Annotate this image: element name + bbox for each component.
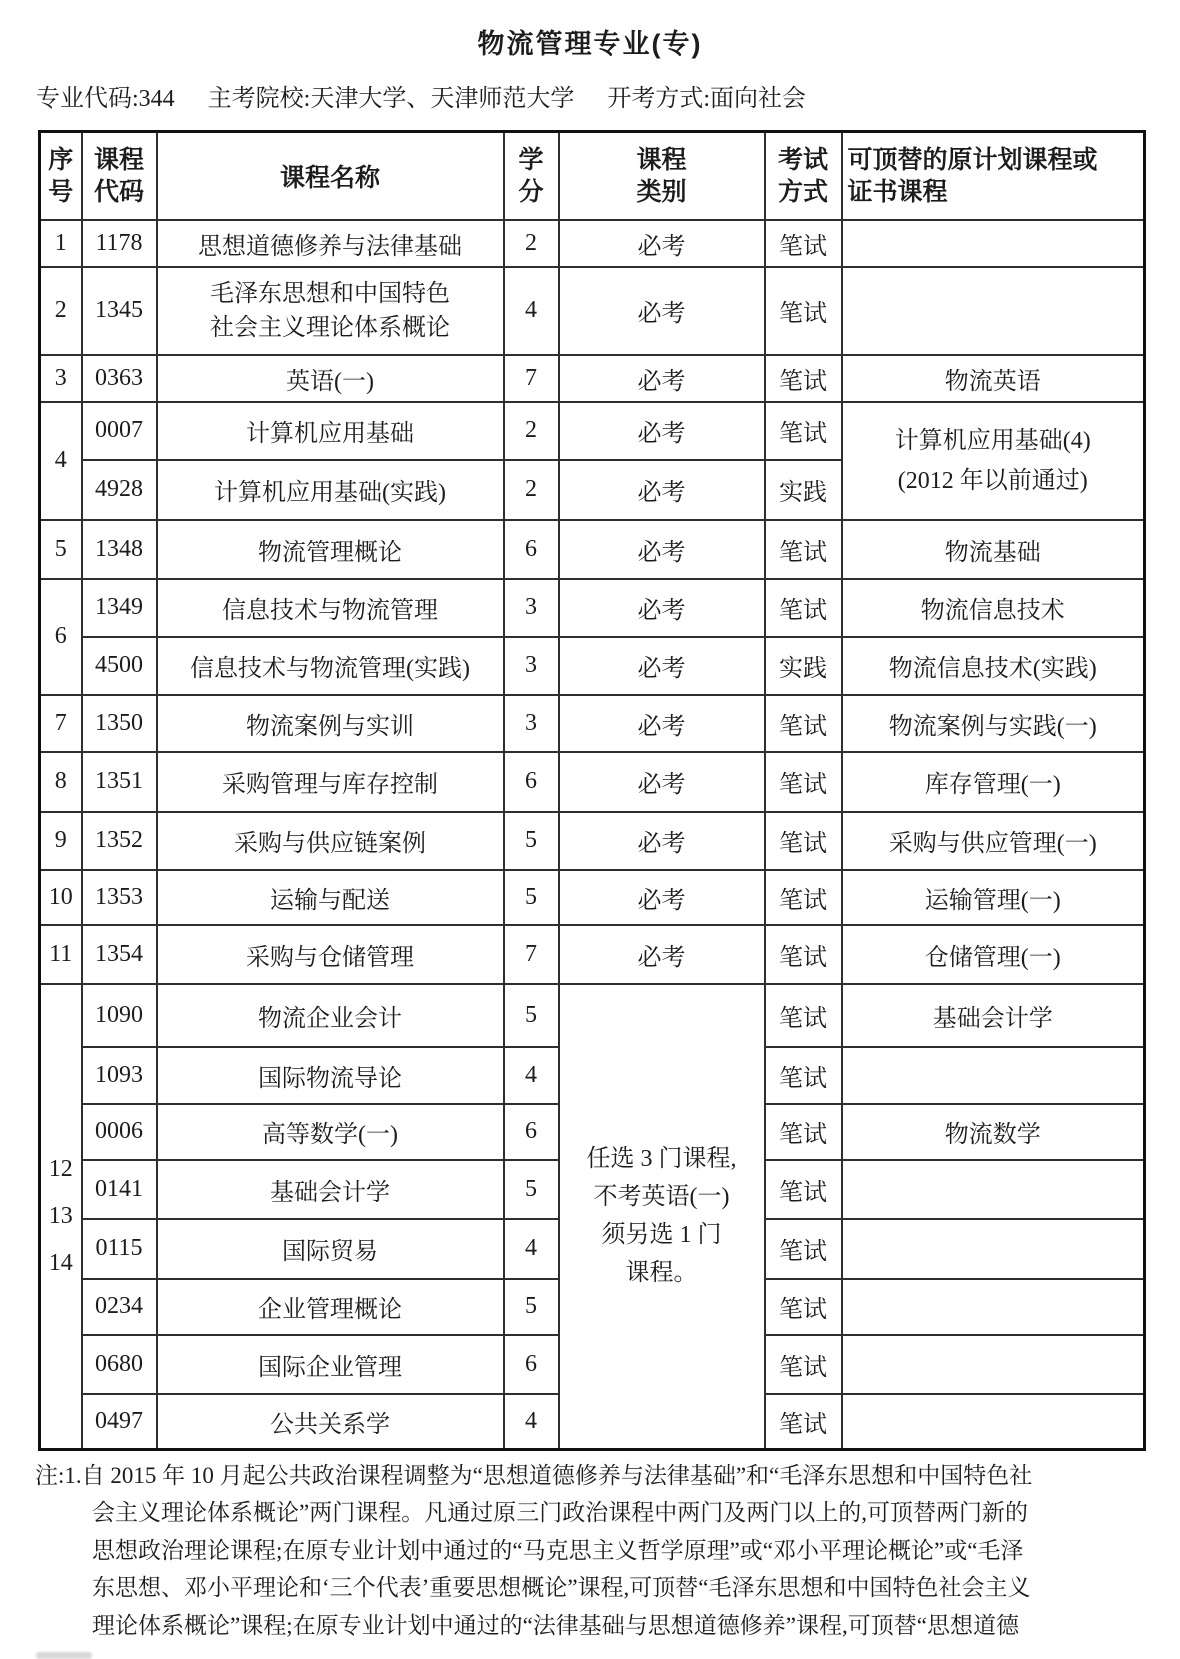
cell-category: 必考 xyxy=(559,695,765,752)
cell-method: 笔试 xyxy=(765,752,842,812)
cell-category: 必考 xyxy=(559,220,765,267)
cell-credit: 7 xyxy=(504,355,559,402)
note-line: 东思想、邓小平理论和‘三个代表’重要思想概论”课程,可顶替“毛泽东思想和中国特色… xyxy=(92,1569,1165,1606)
table-row: 10 1353 运输与配送 5 必考 笔试 运输管理(一) xyxy=(40,870,1145,925)
course-table-body: 1 1178 思想道德修养与法律基础 2 必考 笔试 2 1345 毛泽东思想和… xyxy=(40,220,1145,1450)
cell-category: 必考 xyxy=(559,355,765,402)
cell-replace: 采购与供应管理(一) xyxy=(842,812,1145,870)
cell-replace: 物流信息技术 xyxy=(842,579,1145,637)
cell-method: 实践 xyxy=(765,637,842,695)
note-line: 思想政治理论课程;在原专业计划中通过的“马克思主义哲学原理”或“邓小平理论概论”… xyxy=(92,1532,1165,1569)
cell-seq: 7 xyxy=(40,695,82,752)
cell-name: 公共关系学 xyxy=(157,1394,504,1450)
cell-credit: 5 xyxy=(504,1160,559,1219)
course-table: 序 号 课程 代码 课程名称 学 分 课程 类别 考试 方式 xyxy=(38,130,1146,1451)
cell-method: 笔试 xyxy=(765,1047,842,1104)
cell-seq: 3 xyxy=(40,355,82,402)
cell-code: 0234 xyxy=(82,1279,157,1335)
cell-seq-merged: 12 13 14 xyxy=(40,984,82,1450)
header-name: 课程名称 xyxy=(157,132,504,220)
cell-code: 1345 xyxy=(82,267,157,355)
note-line: 会主义理论体系概论”两门课程。凡通过原三门政治课程中两门及两门以上的,可顶替两门… xyxy=(92,1494,1165,1531)
cell-name: 物流企业会计 xyxy=(157,984,504,1047)
cell-credit: 4 xyxy=(504,267,559,355)
cell-category: 必考 xyxy=(559,812,765,870)
cell-method: 笔试 xyxy=(765,695,842,752)
cell-name: 英语(一) xyxy=(157,355,504,402)
cell-credit: 3 xyxy=(504,579,559,637)
table-row: 1 1178 思想道德修养与法律基础 2 必考 笔试 xyxy=(40,220,1145,267)
note-line: 注:1.自 2015 年 10 月起公共政治课程调整为“思想道德修养与法律基础”… xyxy=(35,1457,1165,1494)
course-table-header: 序 号 课程 代码 课程名称 学 分 课程 类别 考试 方式 xyxy=(40,132,1145,220)
page-title: 物流管理专业(专) xyxy=(0,22,1180,61)
cell-code: 0497 xyxy=(82,1394,157,1450)
cell-method: 笔试 xyxy=(765,1335,842,1394)
cell-credit: 2 xyxy=(504,402,559,460)
cell-category: 必考 xyxy=(559,460,765,520)
cell-seq: 2 xyxy=(40,267,82,355)
cell-method: 笔试 xyxy=(765,579,842,637)
header-credit: 学 分 xyxy=(504,132,559,220)
cell-category: 必考 xyxy=(559,579,765,637)
cell-code: 0363 xyxy=(82,355,157,402)
table-row: 3 0363 英语(一) 7 必考 笔试 物流英语 xyxy=(40,355,1145,402)
cell-replace: 运输管理(一) xyxy=(842,870,1145,925)
cell-code: 1352 xyxy=(82,812,157,870)
cell-method: 笔试 xyxy=(765,1104,842,1160)
cell-replace: 物流数学 xyxy=(842,1104,1145,1160)
cell-replace: 基础会计学 xyxy=(842,984,1145,1047)
table-row: 4 0007 计算机应用基础 2 必考 笔试 计算机应用基础(4) (2012 … xyxy=(40,402,1145,460)
cell-name: 计算机应用基础 xyxy=(157,402,504,460)
cell-method: 笔试 xyxy=(765,870,842,925)
cell-code: 1351 xyxy=(82,752,157,812)
note-line: 理论体系概论”课程;在原专业计划中通过的“法律基础与思想道德修养”课程,可顶替“… xyxy=(92,1607,1165,1644)
cell-credit: 3 xyxy=(504,695,559,752)
cell-seq-merged: 6 xyxy=(40,579,82,695)
cell-method: 笔试 xyxy=(765,355,842,402)
cell-method: 笔试 xyxy=(765,1219,842,1279)
table-row: 5 1348 物流管理概论 6 必考 笔试 物流基础 xyxy=(40,520,1145,579)
cell-replace: 物流英语 xyxy=(842,355,1145,402)
cell-category: 必考 xyxy=(559,520,765,579)
cell-code: 0680 xyxy=(82,1335,157,1394)
cell-replace xyxy=(842,267,1145,355)
cell-replace xyxy=(842,1047,1145,1104)
cell-credit: 4 xyxy=(504,1219,559,1279)
cell-replace xyxy=(842,220,1145,267)
cell-credit: 5 xyxy=(504,984,559,1047)
cell-seq: 8 xyxy=(40,752,82,812)
cell-credit: 5 xyxy=(504,870,559,925)
table-row: 6 1349 信息技术与物流管理 3 必考 笔试 物流信息技术 xyxy=(40,579,1145,637)
cell-method: 笔试 xyxy=(765,812,842,870)
cell-credit: 6 xyxy=(504,520,559,579)
cell-replace: 库存管理(一) xyxy=(842,752,1145,812)
cell-code: 1093 xyxy=(82,1047,157,1104)
cell-credit: 6 xyxy=(504,1335,559,1394)
exam-mode: 开考方式:面向社会 xyxy=(607,78,806,113)
cell-credit: 3 xyxy=(504,637,559,695)
cell-credit: 2 xyxy=(504,220,559,267)
cell-code: 1178 xyxy=(82,220,157,267)
cell-code: 4928 xyxy=(82,460,157,520)
cell-code: 1354 xyxy=(82,925,157,984)
header-seq: 序 号 xyxy=(40,132,82,220)
cell-code: 1350 xyxy=(82,695,157,752)
cell-method: 笔试 xyxy=(765,267,842,355)
cell-replace xyxy=(842,1335,1145,1394)
cell-category: 必考 xyxy=(559,752,765,812)
cell-name: 高等数学(一) xyxy=(157,1104,504,1160)
cell-code: 1348 xyxy=(82,520,157,579)
cell-replace xyxy=(842,1394,1145,1450)
cell-method: 笔试 xyxy=(765,220,842,267)
cell-name: 信息技术与物流管理(实践) xyxy=(157,637,504,695)
header-method: 考试 方式 xyxy=(765,132,842,220)
cell-name: 采购与供应链案例 xyxy=(157,812,504,870)
cell-seq: 1 xyxy=(40,220,82,267)
table-row: 7 1350 物流案例与实训 3 必考 笔试 物流案例与实践(一) xyxy=(40,695,1145,752)
major-code: 专业代码:344 xyxy=(36,78,175,113)
cell-category: 必考 xyxy=(559,267,765,355)
document-page: 物流管理专业(专) 专业代码:344 主考院校:天津大学、天津师范大学 开考方式… xyxy=(0,0,1180,1659)
cell-method: 笔试 xyxy=(765,1394,842,1450)
cell-name: 采购管理与库存控制 xyxy=(157,752,504,812)
cell-method: 笔试 xyxy=(765,925,842,984)
cell-code: 0141 xyxy=(82,1160,157,1219)
cell-name: 国际物流导论 xyxy=(157,1047,504,1104)
cell-seq: 5 xyxy=(40,520,82,579)
cell-seq: 10 xyxy=(40,870,82,925)
cell-credit: 6 xyxy=(504,752,559,812)
cell-category-merged: 任选 3 门课程, 不考英语(一) 须另选 1 门 课程。 xyxy=(559,984,765,1450)
cell-credit: 5 xyxy=(504,812,559,870)
table-row: 12 13 14 1090 物流企业会计 5 任选 3 门课程, 不考英语(一)… xyxy=(40,984,1145,1047)
cell-name: 运输与配送 xyxy=(157,870,504,925)
cell-code: 1090 xyxy=(82,984,157,1047)
cell-credit: 2 xyxy=(504,460,559,520)
cell-replace xyxy=(842,1279,1145,1335)
cell-name: 基础会计学 xyxy=(157,1160,504,1219)
cell-category: 必考 xyxy=(559,925,765,984)
cell-code: 0115 xyxy=(82,1219,157,1279)
cell-name: 国际企业管理 xyxy=(157,1335,504,1394)
cell-category: 必考 xyxy=(559,637,765,695)
cell-code: 4500 xyxy=(82,637,157,695)
table-row: 2 1345 毛泽东思想和中国特色 社会主义理论体系概论 4 必考 笔试 xyxy=(40,267,1145,355)
cell-name: 计算机应用基础(实践) xyxy=(157,460,504,520)
cell-code: 0006 xyxy=(82,1104,157,1160)
header-replace: 可顶替的原计划课程或 证书课程 xyxy=(842,132,1145,220)
meta-line: 专业代码:344 主考院校:天津大学、天津师范大学 开考方式:面向社会 xyxy=(36,78,806,113)
cell-code: 0007 xyxy=(82,402,157,460)
table-row: 4500 信息技术与物流管理(实践) 3 必考 实践 物流信息技术(实践) xyxy=(40,637,1145,695)
cell-name: 国际贸易 xyxy=(157,1219,504,1279)
cell-method: 笔试 xyxy=(765,402,842,460)
cell-replace xyxy=(842,1160,1145,1219)
cell-seq: 9 xyxy=(40,812,82,870)
cell-category: 必考 xyxy=(559,402,765,460)
table-row: 11 1354 采购与仓储管理 7 必考 笔试 仓储管理(一) xyxy=(40,925,1145,984)
cell-method: 笔试 xyxy=(765,1279,842,1335)
cell-credit: 6 xyxy=(504,1104,559,1160)
cell-replace-merged: 计算机应用基础(4) (2012 年以前通过) xyxy=(842,402,1145,520)
cell-replace: 物流案例与实践(一) xyxy=(842,695,1145,752)
header-category: 课程 类别 xyxy=(559,132,765,220)
cell-replace: 仓储管理(一) xyxy=(842,925,1145,984)
cell-method: 笔试 xyxy=(765,1160,842,1219)
cell-category: 必考 xyxy=(559,870,765,925)
cell-credit: 5 xyxy=(504,1279,559,1335)
header-code: 课程 代码 xyxy=(82,132,157,220)
cell-name: 思想道德修养与法律基础 xyxy=(157,220,504,267)
cell-name: 采购与仓储管理 xyxy=(157,925,504,984)
cell-name: 物流管理概论 xyxy=(157,520,504,579)
cell-replace: 物流基础 xyxy=(842,520,1145,579)
table-row: 9 1352 采购与供应链案例 5 必考 笔试 采购与供应管理(一) xyxy=(40,812,1145,870)
cell-name: 物流案例与实训 xyxy=(157,695,504,752)
scan-artifact xyxy=(36,1652,92,1659)
cell-replace xyxy=(842,1219,1145,1279)
cell-code: 1353 xyxy=(82,870,157,925)
cell-method: 笔试 xyxy=(765,984,842,1047)
cell-name: 毛泽东思想和中国特色 社会主义理论体系概论 xyxy=(157,267,504,355)
cell-name: 企业管理概论 xyxy=(157,1279,504,1335)
cell-seq-merged: 4 xyxy=(40,402,82,520)
footnotes: 注:1.自 2015 年 10 月起公共政治课程调整为“思想道德修养与法律基础”… xyxy=(35,1457,1165,1644)
cell-credit: 7 xyxy=(504,925,559,984)
cell-seq: 11 xyxy=(40,925,82,984)
cell-code: 1349 xyxy=(82,579,157,637)
host-universities: 主考院校:天津大学、天津师范大学 xyxy=(208,78,575,113)
cell-name: 信息技术与物流管理 xyxy=(157,579,504,637)
cell-replace: 物流信息技术(实践) xyxy=(842,637,1145,695)
header-row: 序 号 课程 代码 课程名称 学 分 课程 类别 考试 方式 xyxy=(40,132,1145,220)
table-row: 8 1351 采购管理与库存控制 6 必考 笔试 库存管理(一) xyxy=(40,752,1145,812)
cell-method: 笔试 xyxy=(765,520,842,579)
cell-credit: 4 xyxy=(504,1394,559,1450)
cell-credit: 4 xyxy=(504,1047,559,1104)
cell-method: 实践 xyxy=(765,460,842,520)
